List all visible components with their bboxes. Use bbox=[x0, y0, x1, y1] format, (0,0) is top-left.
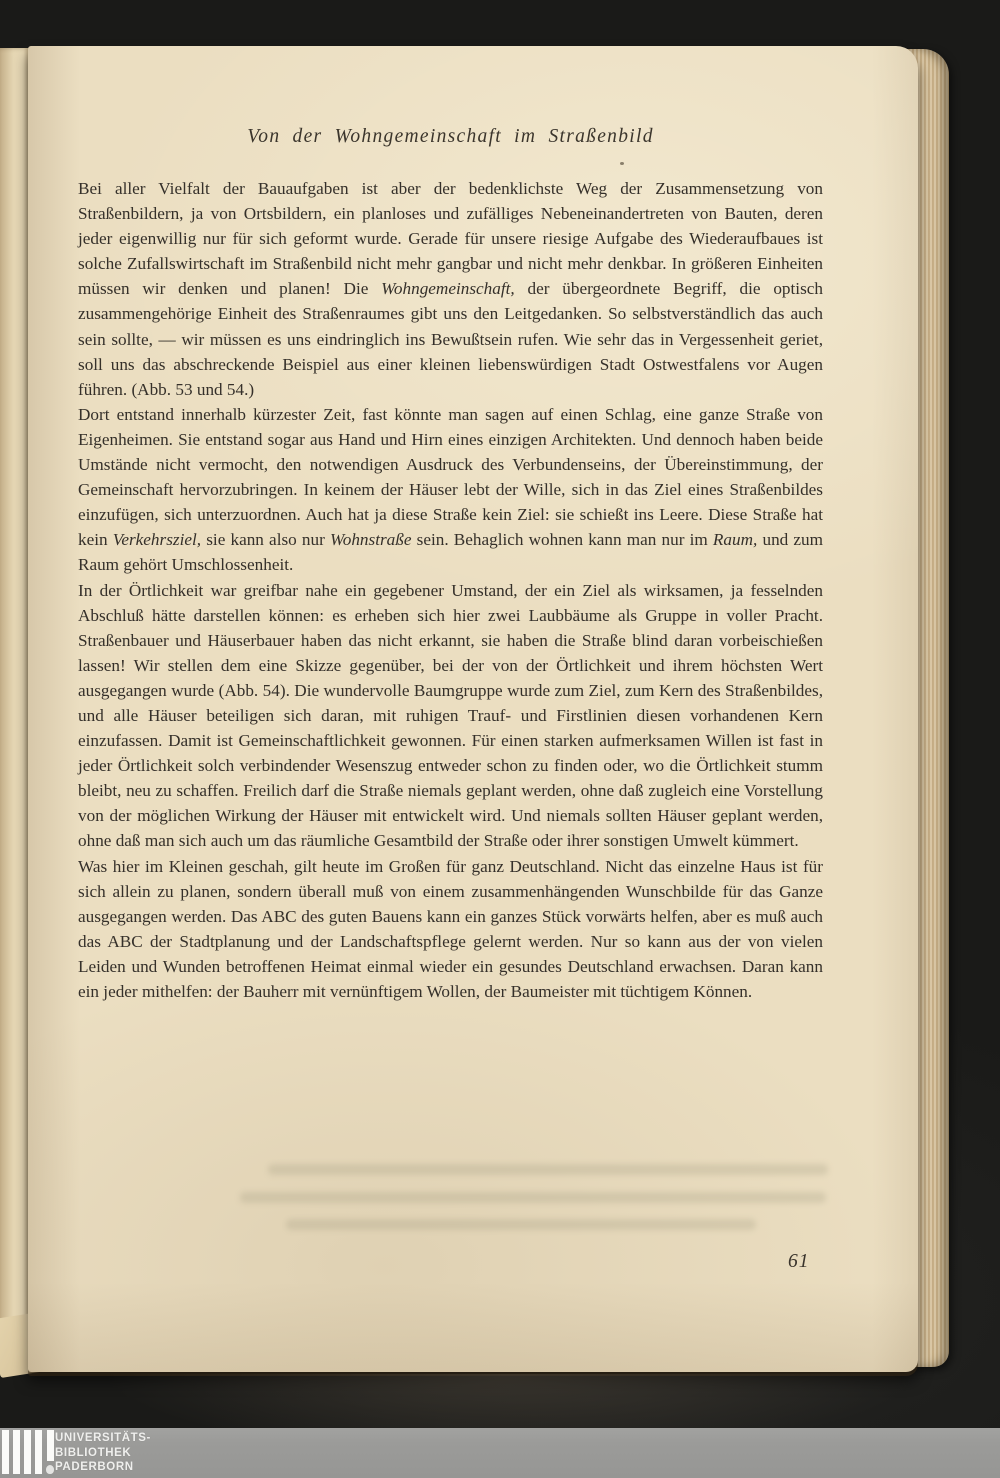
library-logo bbox=[2, 1430, 54, 1476]
logo-exclamation-bar bbox=[47, 1430, 54, 1461]
logo-bar bbox=[35, 1430, 42, 1474]
show-through-text-line bbox=[268, 1164, 828, 1175]
chapter-title: Von der Wohngemeinschaft im Straßenbild bbox=[78, 126, 823, 148]
library-name-line: UNIVERSITÄTS- bbox=[55, 1431, 151, 1446]
library-watermark-bar: UNIVERSITÄTS- BIBLIOTHEK PADERBORN bbox=[0, 1428, 1000, 1478]
logo-bar bbox=[2, 1430, 9, 1474]
paragraph: Dort entstand innerhalb kürzester Zeit, … bbox=[78, 402, 823, 578]
page-number: 61 bbox=[788, 1251, 810, 1273]
scan-background: { "doc": { "title": "Von der Wohngemeins… bbox=[0, 0, 1000, 1478]
book-page: Von der Wohngemeinschaft im Straßenbild … bbox=[28, 46, 918, 1372]
paragraph: Bei aller Vielfalt der Bauaufgaben ist a… bbox=[78, 176, 823, 402]
logo-exclamation-dot bbox=[46, 1465, 54, 1474]
library-name-line: BIBLIOTHEK bbox=[55, 1446, 151, 1461]
show-through-text-line bbox=[286, 1219, 756, 1230]
logo-bar bbox=[13, 1430, 20, 1474]
library-name: UNIVERSITÄTS- BIBLIOTHEK PADERBORN bbox=[55, 1431, 151, 1475]
show-through-text-line bbox=[240, 1192, 826, 1203]
paragraph: In der Örtlichkeit war greifbar nahe ein… bbox=[78, 578, 823, 854]
logo-bar bbox=[24, 1430, 31, 1474]
logo-exclamation bbox=[46, 1430, 54, 1474]
book-scan: Von der Wohngemeinschaft im Straßenbild … bbox=[0, 0, 1000, 1478]
text-block: Bei aller Vielfalt der Bauaufgaben ist a… bbox=[78, 176, 823, 1004]
left-page-edge bbox=[0, 48, 30, 1324]
library-name-line: PADERBORN bbox=[55, 1460, 151, 1475]
ink-speck bbox=[620, 162, 624, 165]
paragraph: Was hier im Kleinen geschah, gilt heute … bbox=[78, 854, 823, 1005]
